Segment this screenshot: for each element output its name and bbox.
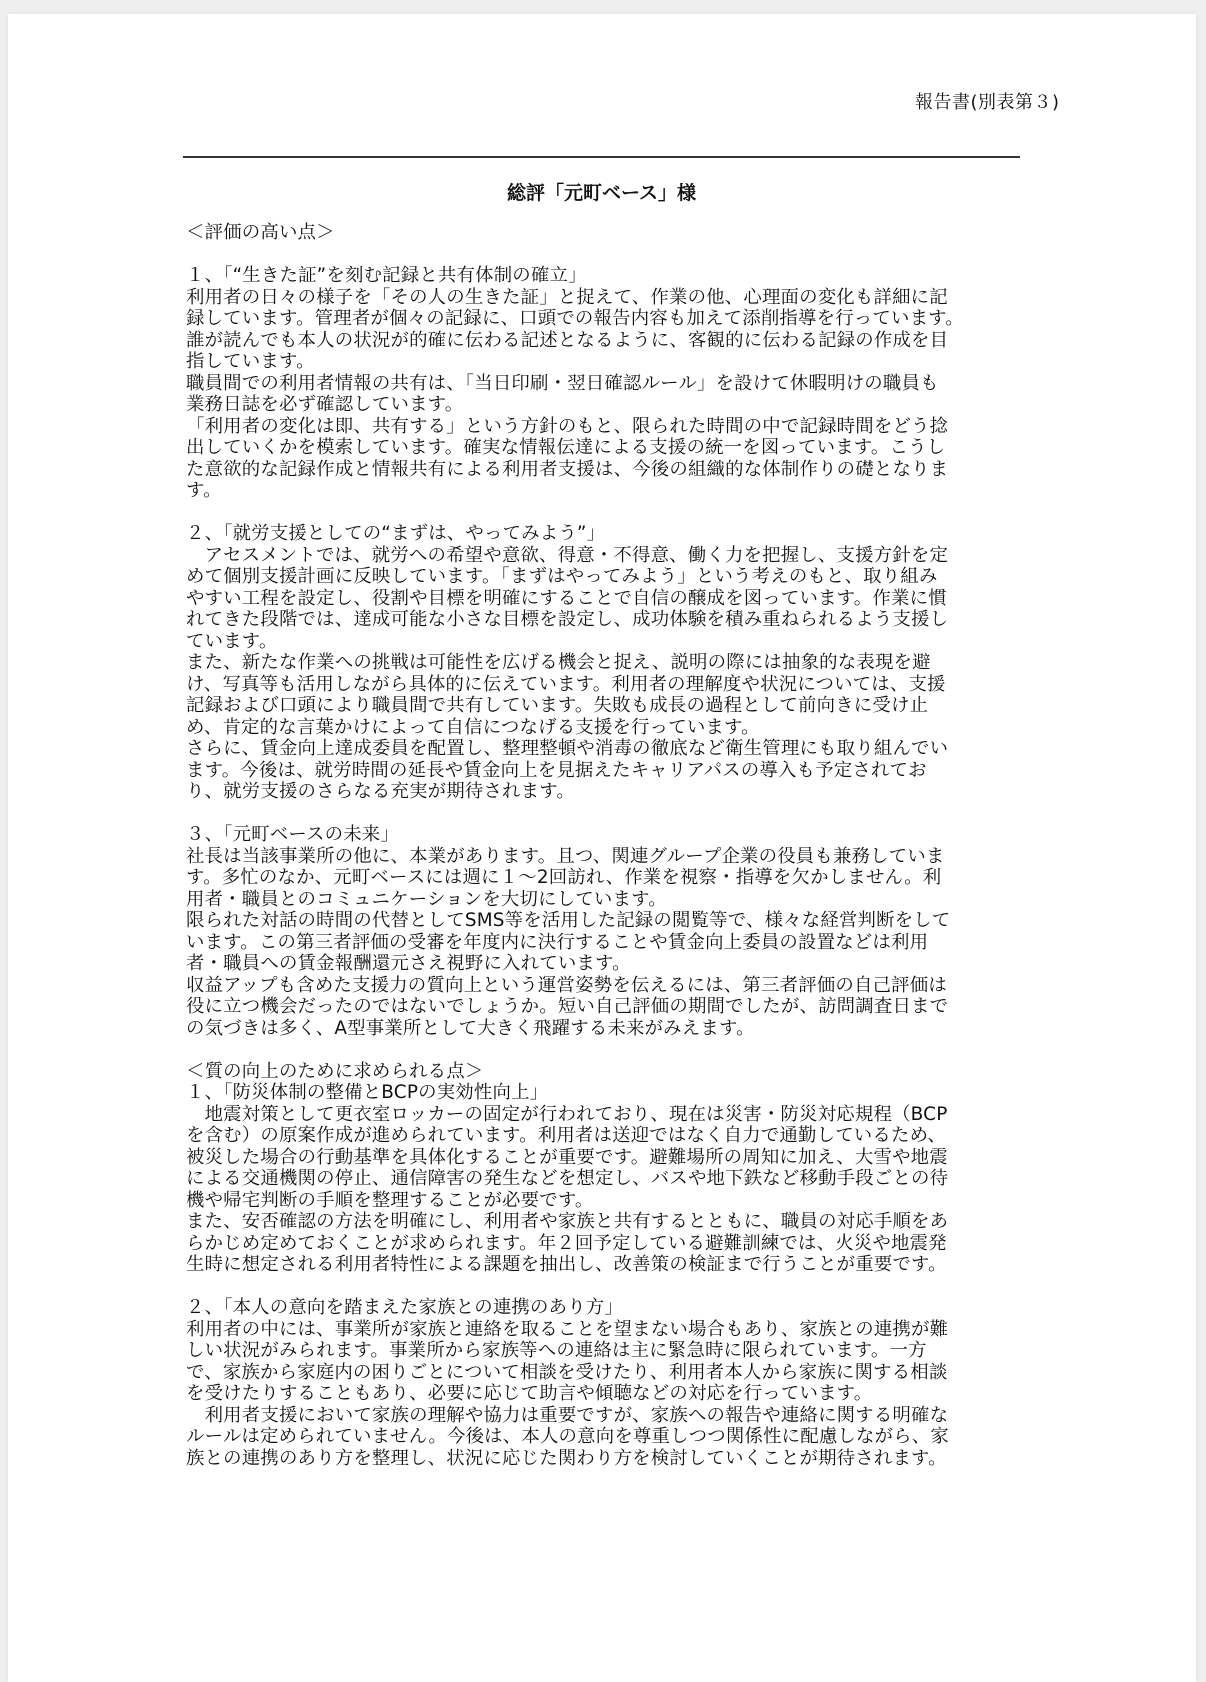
paragraph-line: 地震対策として更衣室ロッカーの固定が行われており、現在は災害・防災対応規程（BC… [186,1104,1018,1126]
paragraph-line: の気づきは多く、A型事業所として大きく飛躍する未来がみえます。 [186,1018,1018,1040]
paragraph-line: を含む）の原案作成が進められています。利用者は送迎ではなく自力で通勤しているため… [186,1125,1018,1147]
blank-line [186,244,1018,266]
paragraph-line: 利用者の日々の様子を「その人の生きた証」と捉えて、作業の他、心理面の変化も詳細に… [186,287,1018,309]
paragraph-line: 「利用者の変化は即、共有する」という方針のもと、限られた時間の中で記録時間をどう… [186,416,1018,438]
document-body: ＜評価の高い点＞１、「“生きた証”を刻む記録と共有体制の確立」利用者の日々の様子… [186,222,1018,1469]
header-divider [183,156,1020,158]
paragraph-line: 用者・職員とのコミュニケーションを大切にしています。 [186,889,1018,911]
paragraph-line: 出していくかを模索しています。確実な情報伝達による支援の統一を図っています。こう… [186,437,1018,459]
paragraph-line: 録しています。管理者が個々の記録に、口頭での報告内容も加えて添削指導を行っていま… [186,308,1018,330]
paragraph-line: また、安否確認の方法を明確にし、利用者や家族と共有するとともに、職員の対応手順を… [186,1211,1018,1233]
paragraph-line: ルールは定められていません。今後は、本人の意向を尊重しつつ関係性に配慮しながら、… [186,1426,1018,1448]
paragraph-line: 族との連携のあり方を整理し、状況に応じた関わり方を検討していくことが期待されます… [186,1448,1018,1470]
paragraph-line: 収益アップも含めた支援力の質向上という運営姿勢を伝えるには、第三者評価の自己評価… [186,975,1018,997]
paragraph-line: 指しています。 [186,351,1018,373]
paragraph-line: 役に立つ機会だったのではないでしょうか。短い自己評価の期間でしたが、訪問調査日ま… [186,996,1018,1018]
paragraph-line: 記録および口頭により職員間で共有しています。失敗も成長の過程として前向きに受け止 [186,695,1018,717]
paragraph-line: めて個別支援計画に反映しています。「まずはやってみよう」という考えのもと、取り組… [186,566,1018,588]
paragraph-line: います。この第三者評価の受審を年度内に決行することや賃金向上委員の設置などは利用 [186,932,1018,954]
paragraph-line: 者・職員への賃金報酬還元さえ視野に入れています。 [186,953,1018,975]
paragraph-line: り、就労支援のさらなる充実が期待されます。 [186,781,1018,803]
paragraph-line: 利用者の中には、事業所が家族と連絡を取ることを望まない場合もあり、家族との連携が… [186,1319,1018,1341]
document-label: 報告書(別表第３) [915,88,1060,114]
paragraph-line: ています。 [186,631,1018,653]
blank-line [186,1276,1018,1298]
item-title: １、「“生きた証”を刻む記録と共有体制の確立」 [186,265,1018,287]
paragraph-line: め、肯定的な言葉かけによって自信につなげる支援を行っています。 [186,717,1018,739]
paragraph-line: 誰が読んでも本人の状況が的確に伝わる記述となるように、客観的に伝わる記録の作成を… [186,330,1018,352]
item-title: ２、「本人の意向を踏まえた家族との連携のあり方」 [186,1297,1018,1319]
paragraph-line: 社長は当該事業所の他に、本業があります。且つ、関連グループ企業の役員も兼務してい… [186,846,1018,868]
blank-line [186,803,1018,825]
paragraph-line: 利用者支援において家族の理解や協力は重要ですが、家族への報告や連絡に関する明確な [186,1405,1018,1427]
item-title: ２、「就労支援としての“まずは、やってみよう”」 [186,523,1018,545]
paragraph-line: 生時に想定される利用者特性による課題を抽出し、改善策の検証まで行うことが重要です… [186,1254,1018,1276]
section-heading-improvements: ＜質の向上のために求められる点＞ [186,1061,1018,1083]
paragraph-line: さらに、賃金向上達成委員を配置し、整理整頓や消毒の徹底など衛生管理にも取り組んで… [186,738,1018,760]
paragraph-line: らかじめ定めておくことが求められます。年２回予定している避難訓練では、火災や地震… [186,1233,1018,1255]
paragraph-line: また、新たな作業への挑戦は可能性を広げる機会と捉え、説明の際には抽象的な表現を避 [186,652,1018,674]
paragraph-line: による交通機関の停止、通信障害の発生などを想定し、バスや地下鉄など移動手段ごとの… [186,1168,1018,1190]
paragraph-line: す。 [186,480,1018,502]
paragraph-line: す。多忙のなか、元町ベースには週に１～2回訪れ、作業を視察・指導を欠かしません。… [186,867,1018,889]
paragraph-line: た意欲的な記録作成と情報共有による利用者支援は、今後の組織的な体制作りの礎となり… [186,459,1018,481]
page-title: 総評「元町ベース」様 [183,178,1020,205]
paragraph-line: け、写真等も活用しながら具体的に伝えています。利用者の理解度や状況については、支… [186,674,1018,696]
paragraph-line: 業務日誌を必ず確認しています。 [186,394,1018,416]
paragraph-line: で、家族から家庭内の困りごとについて相談を受けたり、利用者本人から家族に関する相… [186,1362,1018,1384]
paragraph-line: 機や帰宅判断の手順を整理することが必要です。 [186,1190,1018,1212]
blank-line [186,502,1018,524]
paragraph-line: アセスメントでは、就労への希望や意欲、得意・不得意、働く力を把握し、支援方針を定 [186,545,1018,567]
item-title: １、「防災体制の整備とBCPの実効性向上」 [186,1082,1018,1104]
section-heading-strengths: ＜評価の高い点＞ [186,222,1018,244]
paragraph-line: 職員間での利用者情報の共有は、「当日印刷・翌日確認ルール」を設けて休暇明けの職員… [186,373,1018,395]
paragraph-line: 被災した場合の行動基準を具体化することが重要です。避難場所の周知に加え、大雪や地… [186,1147,1018,1169]
blank-line [186,1039,1018,1061]
paragraph-line: しい状況がみられます。事業所から家族等への連絡は主に緊急時に限られています。一方 [186,1340,1018,1362]
item-title: ３、「元町ベースの未来」 [186,824,1018,846]
paragraph-line: を受けたりすることもあり、必要に応じて助言や傾聴などの対応を行っています。 [186,1383,1018,1405]
paragraph-line: 限られた対話の時間の代替としてSMS等を活用した記録の閲覧等で、様々な経営判断を… [186,910,1018,932]
paragraph-line: ます。今後は、就労時間の延長や賃金向上を見据えたキャリアパスの導入も予定されてお [186,760,1018,782]
paragraph-line: れてきた段階では、達成可能な小さな目標を設定し、成功体験を積み重ねられるよう支援… [186,609,1018,631]
paragraph-line: やすい工程を設定し、役割や目標を明確にすることで自信の醸成を図っています。作業に… [186,588,1018,610]
